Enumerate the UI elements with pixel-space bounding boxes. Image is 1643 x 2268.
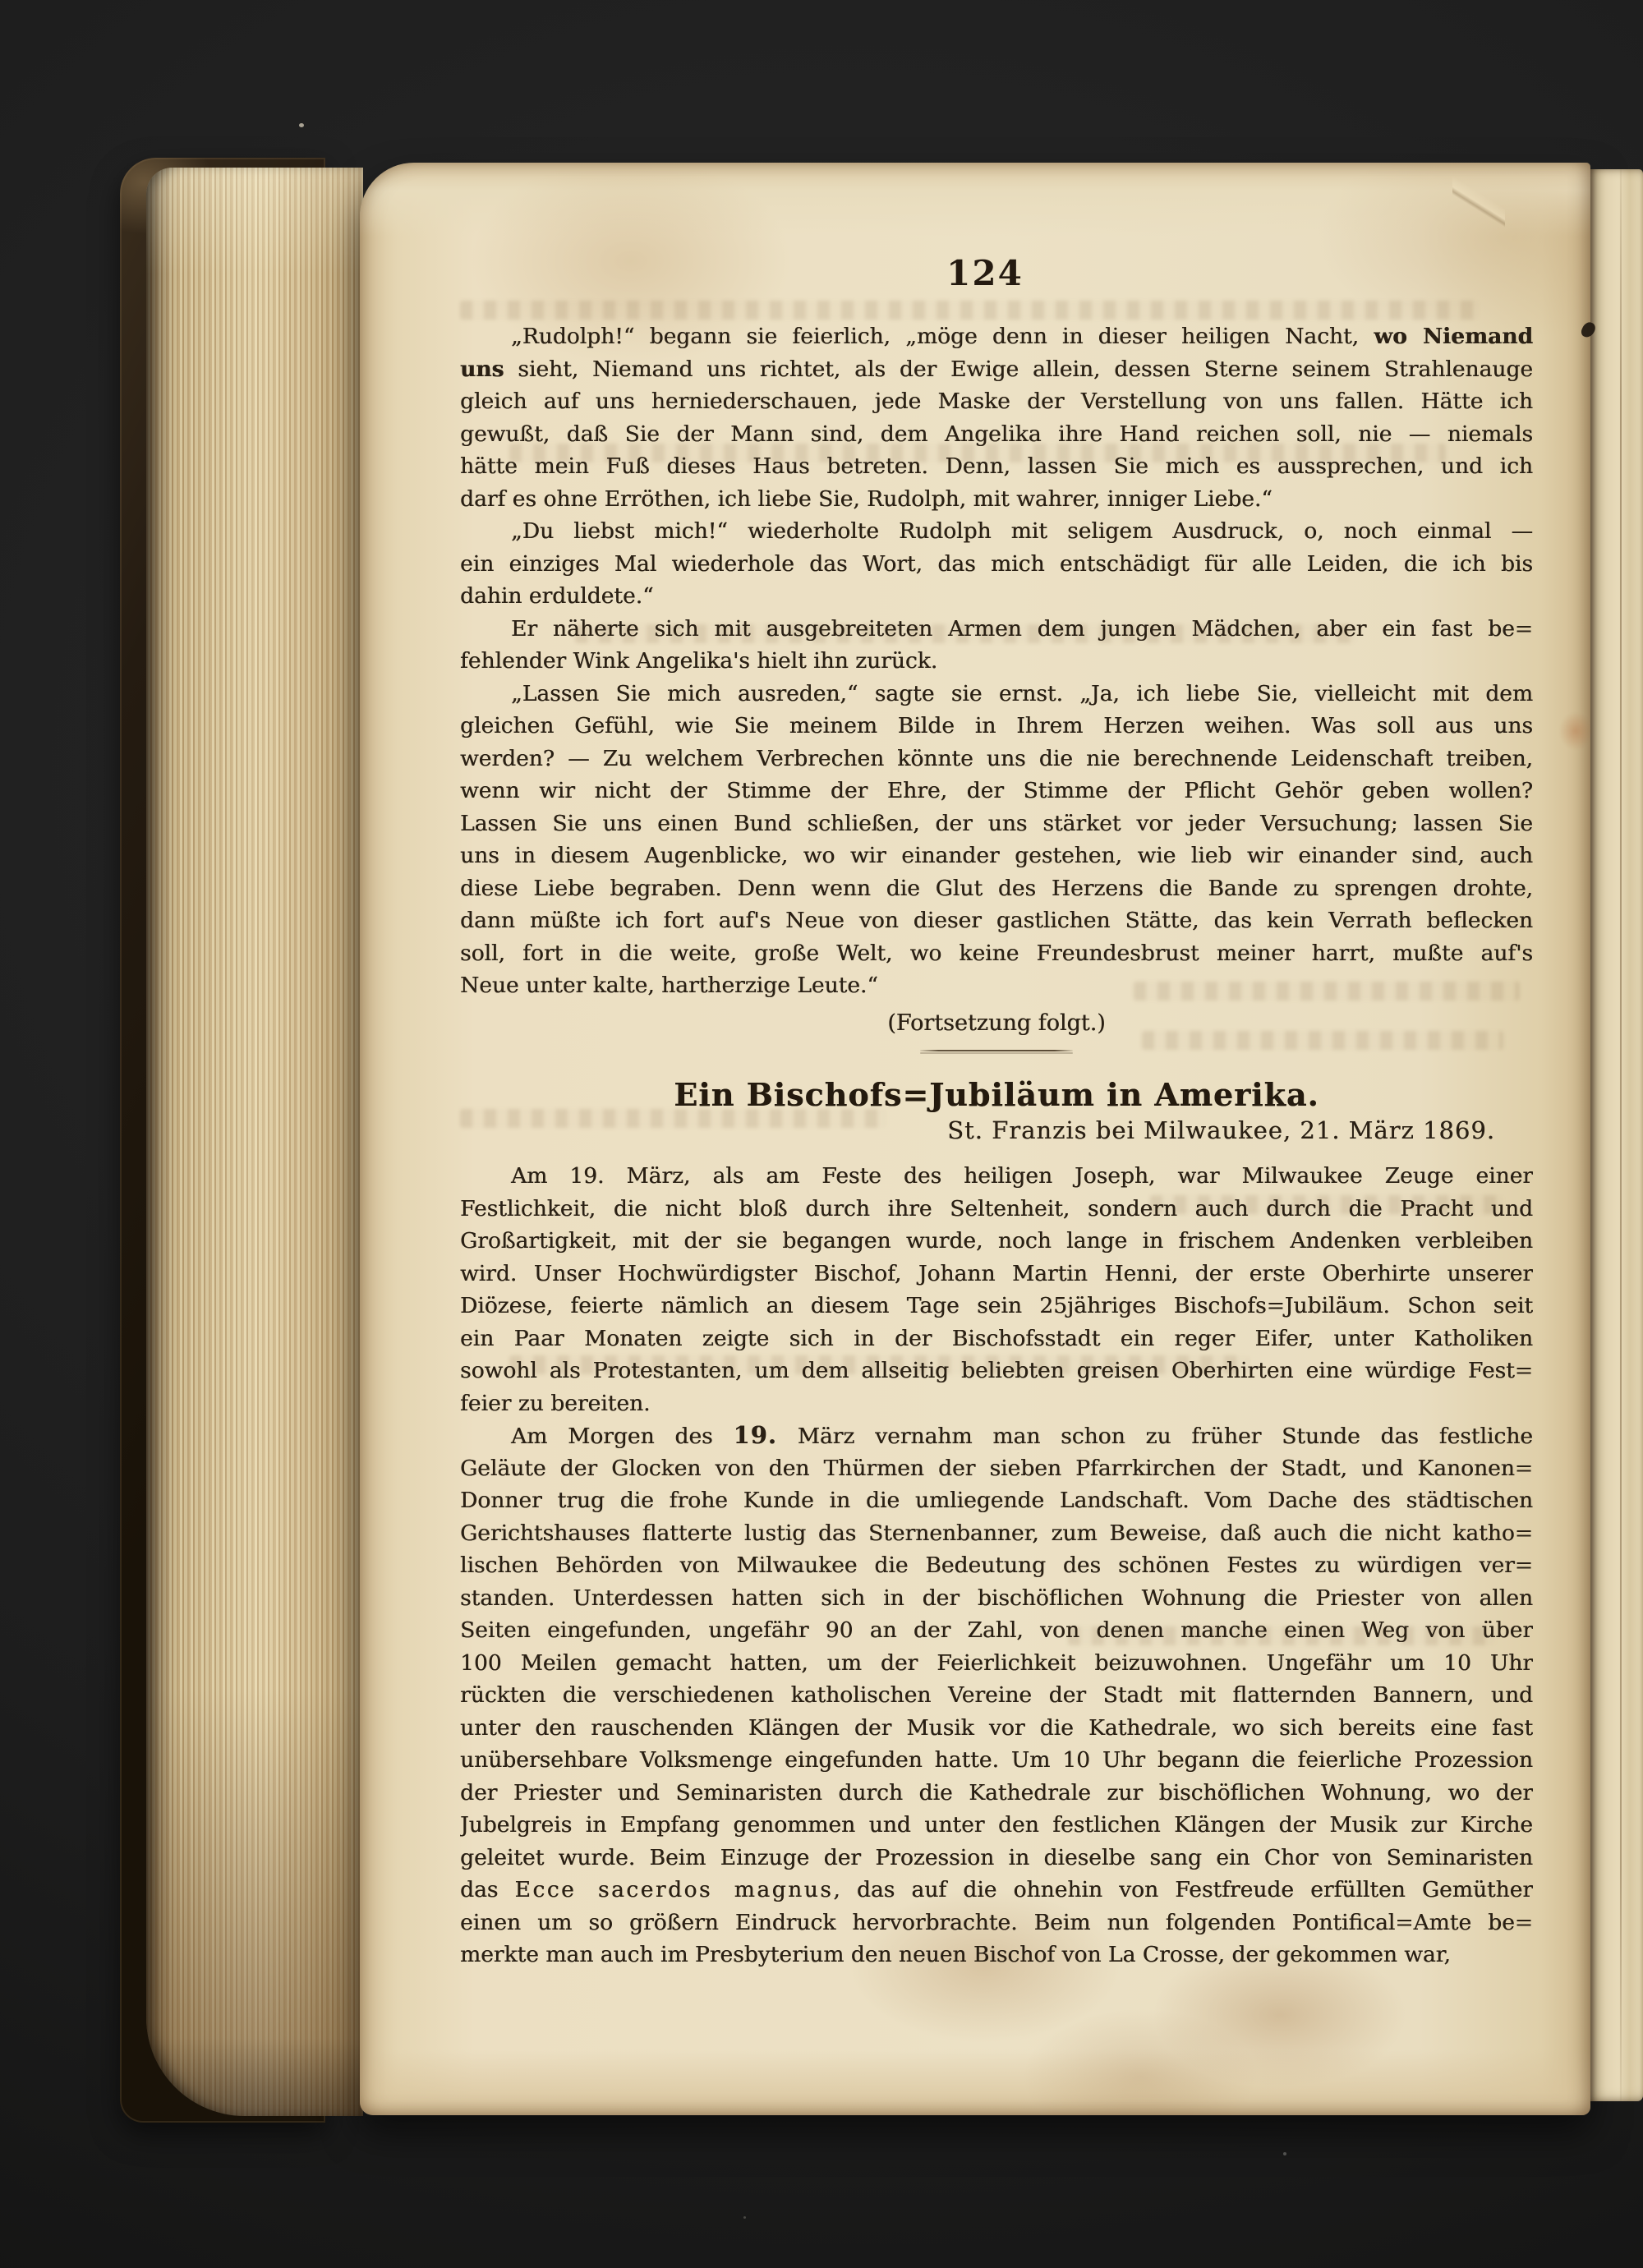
text-line: uns in diesem Augenblicke, wo wir einand…: [460, 840, 1533, 872]
emphasized-text-run: Ecce sacerdos magnus: [515, 1877, 834, 1902]
bleed-through-band: [460, 301, 1479, 320]
text-line: „Lassen Sie mich ausreden,“ sagte sie er…: [460, 678, 1533, 711]
text-run: März vernahm man schon zu früher Stunde …: [777, 1424, 1533, 1449]
text-line: fehlender Wink Angelika's hielt ihn zurü…: [460, 645, 1533, 678]
text-line: Lassen Sie uns einen Bund schließen, der…: [460, 807, 1533, 840]
text-line: darf es ohne Erröthen, ich liebe Sie, Ru…: [460, 483, 1533, 516]
text-run: , das auf die ohnehin von Festfreude erf…: [833, 1877, 1533, 1902]
page-stack-fore-edge: [146, 168, 363, 2116]
text-line: einen um so größern Eindruck hervorbrach…: [460, 1907, 1533, 1939]
story-paragraph: Er näherte sich mit ausgebreiteten Armen…: [460, 613, 1533, 678]
text-line: geleitet wurde. Beim Einzuge der Prozess…: [460, 1842, 1533, 1875]
article-title: Ein Bischofs=Jubiläum in Amerika.: [460, 1076, 1533, 1114]
text-line: Diözese, feierte nämlich an diesem Tage …: [460, 1290, 1533, 1323]
text-run: sieht, Niemand uns richtet, als der Ewig…: [504, 357, 1533, 382]
text-line: Großartigkeit, mit der sie begangen wurd…: [460, 1225, 1533, 1258]
story-paragraph: „Du liebst mich!“ wiederholte Rudolph mi…: [460, 515, 1533, 613]
dust-speck: [299, 123, 304, 127]
text-line: merkte man auch im Presbyterium den neue…: [460, 1939, 1533, 1971]
text-line: Neue unter kalte, hartherzige Leute.“: [460, 969, 1533, 1002]
text-line: rückten die verschiedenen katholischen V…: [460, 1679, 1533, 1712]
text-line: „Du liebst mich!“ wiederholte Rudolph mi…: [460, 515, 1533, 548]
text-line: ein einziges Mal wiederhole das Wort, da…: [460, 548, 1533, 581]
text-line: sowohl als Protestanten, um dem allseiti…: [460, 1355, 1533, 1387]
text-line: werden? — Zu welchem Verbrechen könnte u…: [460, 743, 1533, 775]
text-line: Jubelgreis in Empfang genommen und unter…: [460, 1809, 1533, 1842]
text-line: wird. Unser Hochwürdigster Bischof, Joha…: [460, 1258, 1533, 1290]
continuation-note: (Fortsetzung folgt.): [460, 1007, 1533, 1040]
rust-stain: [1553, 705, 1599, 757]
adjacent-page-sliver: [1590, 169, 1643, 2101]
text-line: feier zu bereiten.: [460, 1387, 1533, 1420]
text-run: „Rudolph!“ begann sie feierlich, „möge d…: [511, 324, 1374, 349]
text-line: lischen Behörden von Milwaukee die Bedeu…: [460, 1549, 1533, 1582]
page-fold-crease: [1452, 166, 1505, 245]
text-line: gleich auf uns herniederschauen, jede Ma…: [460, 385, 1533, 418]
text-line: 100 Meilen gemacht hatten, um der Feierl…: [460, 1647, 1533, 1680]
page-number: 124: [449, 253, 1521, 293]
text-run: Am Morgen des: [511, 1424, 733, 1449]
text-line: Seiten eingefunden, ungefähr 90 an der Z…: [460, 1614, 1533, 1647]
article-paragraph: Am 19. März, als am Feste des heiligen J…: [460, 1160, 1533, 1419]
text-line: diese Liebe begraben. Denn wenn die Glut…: [460, 872, 1533, 905]
text-run: das: [460, 1877, 515, 1902]
text-line: hätte mein Fuß dieses Haus betreten. Den…: [460, 450, 1533, 483]
text-line: gewußt, daß Sie der Mann sind, dem Angel…: [460, 418, 1533, 451]
section-divider-rule: [920, 1050, 1073, 1051]
dust-speck: [743, 2216, 746, 2219]
emphasized-text-run: 19.: [733, 1421, 776, 1449]
text-line: das Ecce sacerdos magnus, das auf die oh…: [460, 1874, 1533, 1907]
text-line: Am 19. März, als am Feste des heiligen J…: [460, 1160, 1533, 1193]
text-line: Donner trug die frohe Kunde in die umlie…: [460, 1484, 1533, 1517]
text-line: unter den rauschenden Klängen der Musik …: [460, 1712, 1533, 1745]
story-paragraph: „Rudolph!“ begann sie feierlich, „möge d…: [460, 320, 1533, 515]
text-line: wenn wir nicht der Stimme der Ehre, der …: [460, 775, 1533, 807]
text-line: unübersehbare Volksmenge eingefunden hat…: [460, 1744, 1533, 1777]
text-line: dahin erduldete.“: [460, 580, 1533, 613]
emphasized-text-run: uns: [460, 357, 504, 382]
text-line: Festlichkeit, die nicht bloß durch ihre …: [460, 1193, 1533, 1226]
adjacent-page-crease-line: [1620, 169, 1622, 2101]
text-line: „Rudolph!“ begann sie feierlich, „möge d…: [460, 320, 1533, 353]
text-column: „Rudolph!“ begann sie feierlich, „möge d…: [460, 320, 1533, 1971]
story-paragraph: „Lassen Sie mich ausreden,“ sagte sie er…: [460, 678, 1533, 1002]
text-line: Gerichtshauses flatterte lustig das Ster…: [460, 1517, 1533, 1550]
text-line: soll, fort in die weite, große Welt, wo …: [460, 937, 1533, 970]
article-paragraph: Am Morgen des 19. März vernahm man schon…: [460, 1419, 1533, 1971]
text-line: uns sieht, Niemand uns richtet, als der …: [460, 353, 1533, 386]
text-line: Am Morgen des 19. März vernahm man schon…: [460, 1419, 1533, 1452]
dust-speck: [1283, 2152, 1286, 2155]
text-line: der Priester und Seminaristen durch die …: [460, 1777, 1533, 1810]
text-line: dann müßte ich fort auf's Neue von diese…: [460, 904, 1533, 937]
text-line: ein Paar Monaten zeigte sich in der Bisc…: [460, 1323, 1533, 1355]
text-line: Er näherte sich mit ausgebreiteten Armen…: [460, 613, 1533, 646]
text-line: gleichen Gefühl, wie Sie meinem Bilde in…: [460, 710, 1533, 743]
emphasized-text-run: wo Niemand: [1374, 324, 1533, 349]
article-dateline: St. Franzis bei Milwaukee, 21. März 1869…: [460, 1116, 1533, 1145]
book-photo: 124 „Rudolph!“ begann sie feierlich, „mö…: [0, 0, 1643, 2268]
text-line: standen. Unterdessen hatten sich in der …: [460, 1582, 1533, 1615]
book-page: 124 „Rudolph!“ begann sie feierlich, „mö…: [360, 163, 1590, 2115]
text-line: Geläute der Glocken von den Thürmen der …: [460, 1452, 1533, 1485]
